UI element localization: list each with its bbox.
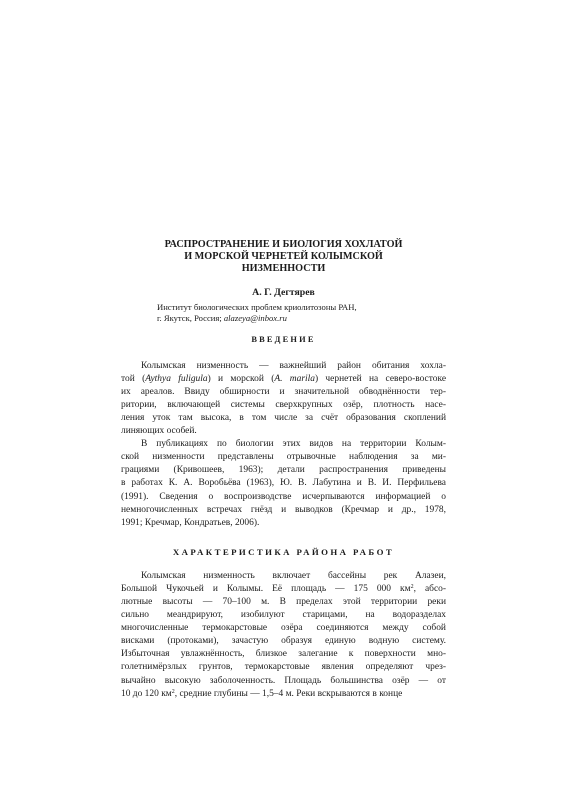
affiliation-institute: Институт биологических проблем криолитоз… bbox=[157, 302, 446, 313]
text-line: ской низменности представлены отрывочные… bbox=[121, 451, 446, 464]
affiliation: Институт биологических проблем криолитоз… bbox=[121, 302, 446, 324]
paragraph: В публикациях по биологии этих видов на … bbox=[121, 438, 446, 530]
text-line: той (Aythya fuligula) и морской (A. mari… bbox=[121, 373, 446, 386]
article-title: РАСПРОСТРАНЕНИЕ И БИОЛОГИЯ ХОХЛАТОЙ И МО… bbox=[121, 239, 446, 276]
text-line: 10 до 120 км2, средние глубины — 1,5–4 м… bbox=[121, 688, 446, 701]
text-line: лютные высоты — 70–100 м. В пределах это… bbox=[121, 596, 446, 609]
title-line: И МОРСКОЙ ЧЕРНЕТЕЙ КОЛЫМСКОЙ bbox=[121, 251, 446, 263]
text-line: Колымская низменность включает бассейны … bbox=[121, 570, 446, 583]
text-line: сильно меандрируют, изобилуют старицами,… bbox=[121, 609, 446, 622]
affiliation-location: г. Якутск, Россия; alazeya@inbox.ru bbox=[157, 313, 446, 324]
text-line: 1991; Кречмар, Кондратьев, 2006). bbox=[121, 517, 446, 530]
document-page: РАСПРОСТРАНЕНИЕ И БИОЛОГИЯ ХОХЛАТОЙ И МО… bbox=[121, 239, 446, 701]
species-name: A. marila bbox=[274, 374, 315, 384]
text-line: ления уток там высока, в том числе за сч… bbox=[121, 412, 446, 425]
superscript: 2 bbox=[172, 689, 175, 695]
section-heading-introduction: ВВЕДЕНИЕ bbox=[121, 334, 446, 345]
section-heading-study-area: ХАРАКТЕРИСТИКА РАЙОНА РАБОТ bbox=[121, 547, 446, 558]
author-email: alazeya@inbox.ru bbox=[224, 313, 287, 323]
title-line: РАСПРОСТРАНЕНИЕ И БИОЛОГИЯ ХОХЛАТОЙ bbox=[121, 239, 446, 251]
author-name: А. Г. Дегтярев bbox=[121, 287, 446, 299]
text-line: Колымская низменность — важнейший район … bbox=[121, 360, 446, 373]
text-line: линяющих особей. bbox=[121, 425, 446, 438]
paragraph: Колымская низменность включает бассейны … bbox=[121, 570, 446, 701]
species-name: Aythya fuligula bbox=[145, 374, 207, 384]
text-line: в работах К. А. Воробьёва (1963), Ю. В. … bbox=[121, 477, 446, 490]
affiliation-city: г. Якутск, Россия; bbox=[157, 313, 224, 323]
text-line: ритории, включающей системы сверхкрупных… bbox=[121, 399, 446, 412]
text-line: Большой Чукочьей и Колымы. Её площадь — … bbox=[121, 583, 446, 596]
superscript: 2 bbox=[411, 584, 414, 590]
text-line: многочисленные термокарстовые озёра соед… bbox=[121, 622, 446, 635]
paragraph: Колымская низменность — важнейший район … bbox=[121, 360, 446, 439]
text-line: Избыточная увлажнённость, близкое залега… bbox=[121, 648, 446, 661]
text-line: их ареалов. Ввиду обширности и значитель… bbox=[121, 386, 446, 399]
title-line: НИЗМЕННОСТИ bbox=[121, 263, 446, 275]
text-line: В публикациях по биологии этих видов на … bbox=[121, 438, 446, 451]
text-line: (1991). Сведения о воспроизводстве исчер… bbox=[121, 491, 446, 504]
text-line: висками (протоками), зачастую образуя ед… bbox=[121, 635, 446, 648]
text-line: голетнимёрзлых грунтов, термокарстовые я… bbox=[121, 661, 446, 674]
text-line: немногочисленных встречах гнёзд и выводк… bbox=[121, 504, 446, 517]
text-line: грациями (Кривошеев, 1963); детали распр… bbox=[121, 464, 446, 477]
text-line: вычайно высокую заболоченность. Площадь … bbox=[121, 675, 446, 688]
